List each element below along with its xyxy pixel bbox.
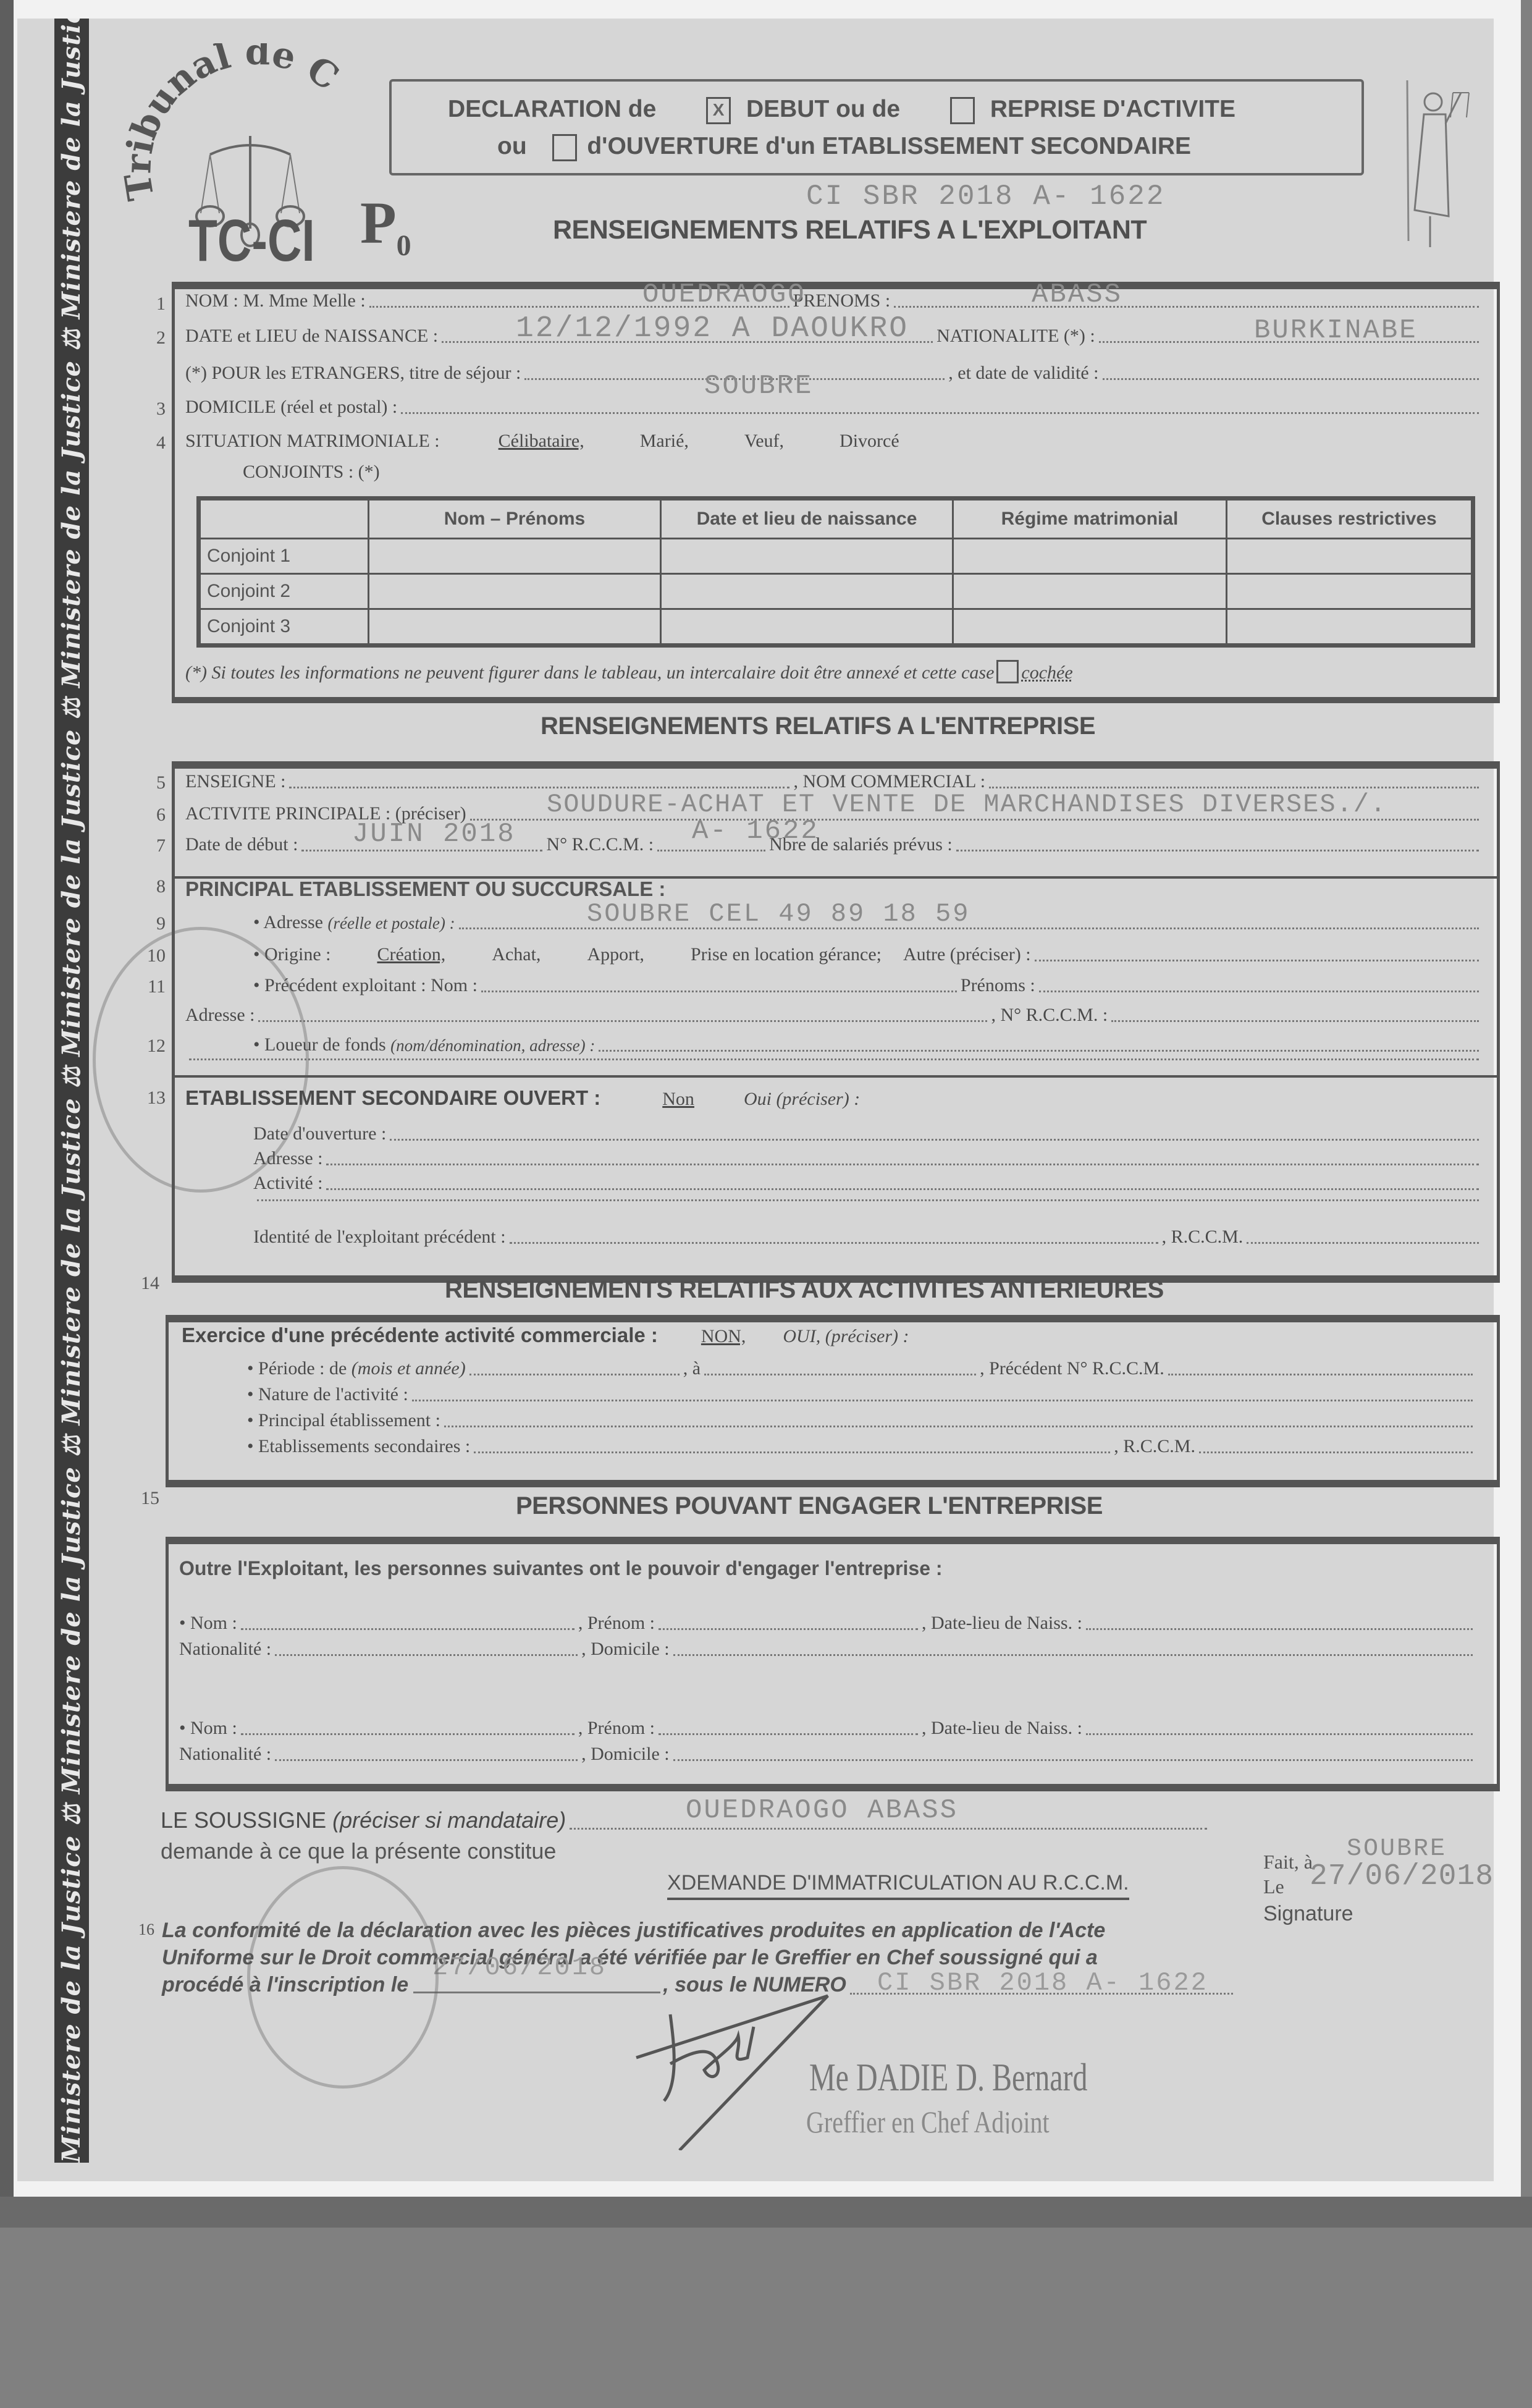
col-nom-prenoms: Nom – Prénoms xyxy=(369,499,661,539)
intercalaire-checkbox[interactable] xyxy=(996,660,1019,683)
periode-row: • Période : de (mois et année) , à , Pré… xyxy=(247,1358,1476,1379)
salaries-field[interactable] xyxy=(956,849,1479,851)
rccm-field[interactable] xyxy=(657,849,765,851)
ribbon-text: Ministere de la Justice ⚖ Ministere de l… xyxy=(54,19,89,2163)
periode-a-field[interactable] xyxy=(704,1373,976,1375)
svg-text:Tribunal de Commerce: Tribunal de Commerce xyxy=(117,43,347,203)
soussigne-field[interactable] xyxy=(570,1827,1207,1830)
domicile-row: DOMICILE (réel et postal) : xyxy=(185,397,1483,418)
row-number: 2 xyxy=(141,327,166,349)
row-number: 5 xyxy=(141,772,166,793)
fait-a-label: Fait, à xyxy=(1263,1851,1313,1874)
precedent-adresse-row: Adresse : , N° R.C.C.M. : xyxy=(185,1005,1483,1026)
section-title-exploitant: RENSEIGNEMENTS RELATIFS A L'EXPLOITANT xyxy=(553,215,1147,245)
origine-option-apport[interactable]: Apport, xyxy=(587,944,644,965)
row-number: 1 xyxy=(141,294,166,315)
precedent-rccm-field[interactable] xyxy=(1111,1020,1479,1022)
personne-2-nom-field[interactable] xyxy=(241,1733,574,1735)
demande-text: demande à ce que la présente constitue xyxy=(161,1838,556,1864)
inscription-numero-value: CI SBR 2018 A- 1622 xyxy=(877,1968,1208,1998)
scanner-band xyxy=(0,2197,1532,2228)
marital-option-marie[interactable]: Marié, xyxy=(640,431,689,452)
nom-value: OUEDRAOGO xyxy=(642,279,806,310)
row-number: 6 xyxy=(141,805,166,826)
situation-row: SITUATION MATRIMONIALE : Célibataire, Ma… xyxy=(185,431,899,452)
naissance-value: 12/12/1992 A DAOUKRO xyxy=(516,312,909,345)
conjoints-label: CONJOINTS : (*) xyxy=(243,462,380,483)
official-stamp xyxy=(247,1866,439,2089)
secondaire-adresse-row: Adresse : xyxy=(253,1148,1483,1169)
greffier-title: Greffier en Chef Adjoint xyxy=(806,2104,1050,2134)
principal-title: PRINCIPAL ETABLISSEMENT OU SUCCURSALE : xyxy=(185,877,665,901)
date-value: 27/06/2018 xyxy=(1310,1860,1494,1893)
reprise-checkbox[interactable] xyxy=(950,97,975,124)
conjoints-footnote: (*) Si toutes les informations ne peuven… xyxy=(185,660,1073,683)
lady-justice-icon xyxy=(1396,68,1470,253)
precedent-row: • Précédent exploitant : Nom : Prénoms : xyxy=(253,975,1483,996)
principal-adresse-value: SOUBRE CEL 49 89 18 59 xyxy=(587,899,970,929)
etab-secondaires-rccm-field[interactable] xyxy=(1199,1451,1473,1453)
origine-option-location[interactable]: Prise en location gérance; xyxy=(691,944,882,965)
secondaire-activite-row: Activité : xyxy=(253,1173,1483,1194)
periode-de-field[interactable] xyxy=(469,1373,680,1375)
secondaire-option-oui[interactable]: Oui (préciser) : xyxy=(744,1089,860,1110)
inscription-date-value: 27/06/2018 xyxy=(432,1953,607,1982)
marital-option-celibataire[interactable]: Célibataire, xyxy=(499,431,584,452)
precedent-rccm-field[interactable] xyxy=(1168,1373,1473,1375)
domicile-value: SOUBRE xyxy=(704,371,813,402)
prenoms-value: ABASS xyxy=(1032,279,1122,310)
prenoms-field[interactable] xyxy=(894,305,1479,308)
personnes-intro: Outre l'Exploitant, les personnes suivan… xyxy=(179,1557,943,1580)
principal-etab-row: • Principal établissement : xyxy=(247,1410,1476,1431)
immatriculation-option[interactable]: XDEMANDE D'IMMATRICULATION AU R.C.C.M. xyxy=(667,1871,1129,1900)
secondaire-activite-field-2[interactable] xyxy=(257,1199,1479,1201)
nom-commercial-field[interactable] xyxy=(989,786,1479,788)
date-debut-value: JUIN 2018 xyxy=(352,819,516,850)
nature-field[interactable] xyxy=(412,1399,1473,1401)
identite-field[interactable] xyxy=(510,1241,1158,1244)
enseigne-field[interactable] xyxy=(289,786,789,788)
secondaire-date-row: Date d'ouverture : xyxy=(253,1123,1483,1144)
personne-1-date-field[interactable] xyxy=(1086,1628,1473,1630)
logo-p0: P0 xyxy=(360,188,411,263)
inscription-date-field[interactable] xyxy=(413,1991,660,1993)
date-validite-field[interactable] xyxy=(1103,378,1479,380)
exercice-option-non[interactable]: NON, xyxy=(701,1326,746,1347)
declaration-line-2: ou d'OUVERTURE d'un ETABLISSEMENT SECOND… xyxy=(497,133,1191,161)
identite-rccm-field[interactable] xyxy=(1247,1241,1479,1244)
personne-1-row-1: • Nom : , Prénom : , Date-lieu de Naiss.… xyxy=(179,1613,1476,1634)
nationalite-value: BURKINABE xyxy=(1254,315,1418,346)
ouverture-checkbox[interactable] xyxy=(552,134,577,161)
conjoints-table: Nom – Prénoms Date et lieu de naissance … xyxy=(196,496,1475,648)
exercice-option-oui[interactable]: OUI, (préciser) : xyxy=(783,1326,909,1347)
greffier-name: Me DADIE D. Bernard xyxy=(809,2055,1088,2100)
section-title-personnes: PERSONNES POUVANT ENGAGER L'ENTREPRISE xyxy=(516,1492,1103,1520)
origine-autre-field[interactable] xyxy=(1035,959,1479,961)
tribunal-logo: Tribunal de Commerce TC-CI P0 xyxy=(117,43,414,266)
divider xyxy=(175,1075,1497,1078)
personne-2-prenom-field[interactable] xyxy=(659,1733,918,1735)
secondaire-activite-row-2 xyxy=(253,1199,1483,1205)
personne-1-nationalite-field[interactable] xyxy=(275,1654,578,1656)
ministere-ribbon: Ministere de la Justice ⚖ Ministere de l… xyxy=(54,19,89,2163)
row-number: 16 xyxy=(130,1920,154,1939)
nature-row: • Nature de l'activité : xyxy=(247,1384,1476,1405)
principal-etab-field[interactable] xyxy=(444,1425,1473,1427)
marital-option-divorce[interactable]: Divorcé xyxy=(840,431,899,452)
table-row: Conjoint 1 xyxy=(199,539,1473,574)
immatriculation-check-mark: X xyxy=(667,1871,681,1895)
signature-label: Signature xyxy=(1263,1902,1353,1926)
row-number: 7 xyxy=(141,835,166,856)
row-number: 14 xyxy=(135,1273,159,1294)
le-label: Le xyxy=(1263,1875,1284,1898)
domicile-field[interactable] xyxy=(401,412,1479,414)
exercice-row: Exercice d'une précédente activité comme… xyxy=(182,1324,909,1347)
enseigne-row: ENSEIGNE : , NOM COMMERCIAL : xyxy=(185,771,1483,792)
precedent-prenoms-field[interactable] xyxy=(1039,990,1479,992)
logo-tc-ci: TC-CI xyxy=(188,207,315,275)
official-stamp xyxy=(93,927,309,1193)
row-number: 8 xyxy=(141,876,166,897)
identite-row: Identité de l'exploitant précédent : , R… xyxy=(253,1227,1483,1248)
personne-1-row-2: Nationalité : , Domicile : xyxy=(179,1639,1476,1660)
col-regime: Régime matrimonial xyxy=(953,499,1227,539)
personne-2-domicile-field[interactable] xyxy=(673,1759,1473,1761)
debut-checkbox[interactable]: X xyxy=(706,97,731,124)
table-header-row: Nom – Prénoms Date et lieu de naissance … xyxy=(199,499,1473,539)
loueur-field-2[interactable] xyxy=(189,1058,1479,1060)
etrangers-row: (*) POUR les ETRANGERS, titre de séjour … xyxy=(185,363,1483,384)
etab-secondaires-row: • Etablissements secondaires : , R.C.C.M… xyxy=(247,1436,1476,1457)
origine-option-creation[interactable]: Création, xyxy=(377,944,445,965)
secondaire-option-non[interactable]: Non xyxy=(662,1089,694,1110)
origine-option-achat[interactable]: Achat, xyxy=(492,944,541,965)
secondaire-date-field[interactable] xyxy=(390,1138,1479,1141)
origine-row: • Origine : Création, Achat, Apport, Pri… xyxy=(253,944,1483,965)
rccm-value: A- 1622 xyxy=(692,816,819,847)
secondaire-activite-field[interactable] xyxy=(326,1188,1479,1190)
etab-secondaires-field[interactable] xyxy=(474,1451,1110,1453)
nom-row: NOM : M. Mme Melle : PRENOMS : xyxy=(185,290,1483,311)
row-number: 4 xyxy=(141,433,166,454)
row-number: 15 xyxy=(135,1488,159,1509)
fait-a-value: SOUBRE xyxy=(1347,1835,1447,1863)
loueur-row-2 xyxy=(185,1058,1483,1064)
marital-option-veuf[interactable]: Veuf, xyxy=(744,431,784,452)
loueur-row: • Loueur de fonds (nom/dénomination, adr… xyxy=(253,1034,1483,1055)
personne-1-nom-field[interactable] xyxy=(241,1628,574,1630)
section-title-anterieures: RENSEIGNEMENTS RELATIFS AUX ACTIVITES AN… xyxy=(445,1276,1164,1304)
soussigne-value: OUEDRAOGO ABASS xyxy=(686,1795,958,1826)
personne-2-nationalite-field[interactable] xyxy=(275,1759,578,1761)
table-row: Conjoint 2 xyxy=(199,574,1473,609)
section-title-entreprise: RENSEIGNEMENTS RELATIFS A L'ENTREPRISE xyxy=(541,712,1095,740)
origine-option-autre[interactable]: Autre (préciser) : xyxy=(903,944,1031,965)
col-date-lieu: Date et lieu de naissance xyxy=(661,499,953,539)
personne-2-date-field[interactable] xyxy=(1086,1733,1473,1735)
personne-1-prenom-field[interactable] xyxy=(659,1628,918,1630)
personne-2-row-2: Nationalité : , Domicile : xyxy=(179,1744,1476,1765)
personne-2-row-1: • Nom : , Prénom : , Date-lieu de Naiss.… xyxy=(179,1718,1476,1739)
precedent-nom-field[interactable] xyxy=(481,990,957,992)
col-clauses: Clauses restrictives xyxy=(1227,499,1473,539)
table-row: Conjoint 3 xyxy=(199,609,1473,646)
personne-1-domicile-field[interactable] xyxy=(673,1654,1473,1656)
precedent-adresse-field[interactable] xyxy=(258,1020,987,1022)
row-number: 3 xyxy=(141,399,166,420)
declaration-line-1: DECLARATION de X DEBUT ou de REPRISE D'A… xyxy=(448,96,1235,124)
loueur-field[interactable] xyxy=(599,1049,1479,1052)
row-number: 9 xyxy=(141,913,166,934)
secondaire-adresse-field[interactable] xyxy=(326,1163,1479,1165)
registration-number-stamp: CI SBR 2018 A- 1622 xyxy=(806,180,1166,213)
activite-value: SOUDURE-ACHAT ET VENTE DE MARCHANDISES D… xyxy=(547,790,1387,819)
